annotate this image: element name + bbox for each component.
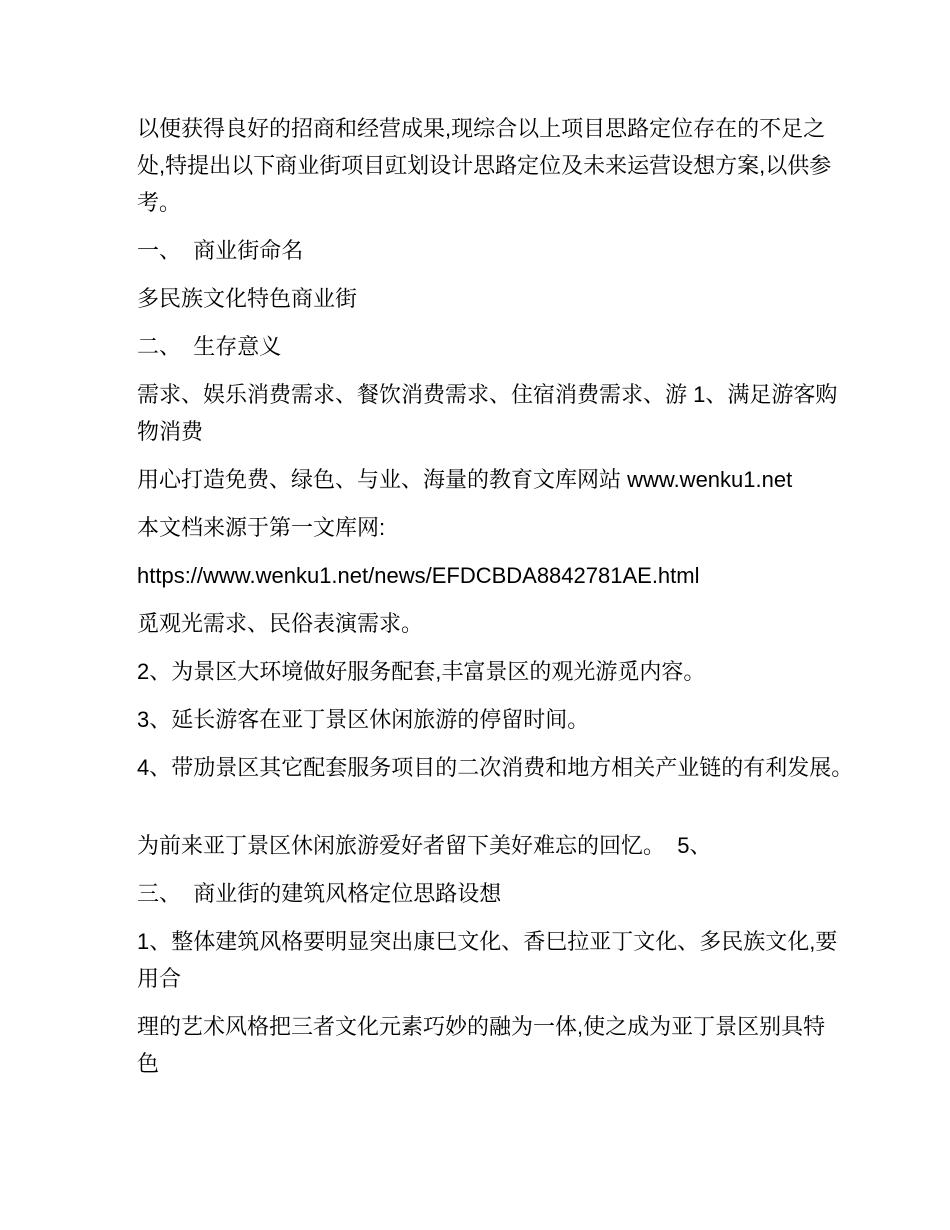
style-point-1b: 理的艺术风格把三者文化元素巧妙的融为一体,使之成为亚丁景区别具特 色	[137, 1008, 912, 1082]
wenku-promo-line: 用心打造免费、绿色、与业、海量的教育文库网站 www.wenku1.net	[137, 461, 912, 498]
heading-line: 三、 商业街的建筑风格定位思路设想	[137, 881, 501, 906]
street-name: 多民族文化特色商业街	[137, 280, 912, 317]
text-line: 多民族文化特色商业街	[137, 286, 357, 311]
heading-line: 一、 商业街命名	[137, 238, 303, 263]
blank-line	[137, 797, 912, 827]
text-line: 2、为景区大环境做好服务配套,丰富景区的观光游觅内容。	[137, 659, 705, 684]
section-1-heading: 一、 商业街命名	[137, 232, 912, 269]
text-line: 为前来亚丁景区休闲旅游爱好者留下美好难忘的回忆。 5、	[137, 833, 711, 858]
point-2: 2、为景区大环境做好服务配套,丰富景区的观光游觅内容。	[137, 653, 912, 690]
text-line: 理的艺术风格把三者文化元素巧妙的融为一体,使之成为亚丁景区别具特	[137, 1014, 825, 1039]
text-line: 需求、娱乐消费需求、餐饮消费需求、住宿消费需求、游 1、满足游客购	[137, 382, 837, 407]
text-line: 用心打造免费、绿色、与业、海量的教育文库网站 www.wenku1.net	[137, 467, 792, 492]
document-page: 以便获得良好的招商和经营成果,现综合以上项目思路定位存在的不足之 处,特提出以下…	[137, 110, 912, 1093]
demand-list: 需求、娱乐消费需求、餐饮消费需求、住宿消费需求、游 1、满足游客购 物消费	[137, 376, 912, 450]
point-3: 3、延长游客在亚丁景区休闲旅游的停留时间。	[137, 701, 912, 738]
intro-paragraph: 以便获得良好的招商和经营成果,现综合以上项目思路定位存在的不足之 处,特提出以下…	[137, 110, 912, 221]
text-line: 本文档来源于第一文库网:	[137, 515, 385, 540]
text-line: 色	[137, 1051, 159, 1076]
text-line: 4、带劢景区其它配套服务项目的二次消费和地方相关产业链的有利发展。	[137, 755, 853, 780]
text-line: 用合	[137, 966, 181, 991]
section-3-heading: 三、 商业街的建筑风格定位思路设想	[137, 875, 912, 912]
source-note: 本文档来源于第一文库网:	[137, 509, 912, 546]
point-4: 4、带劢景区其它配套服务项目的二次消费和地方相关产业链的有利发展。	[137, 749, 912, 786]
section-2-heading: 二、 生存意义	[137, 328, 912, 365]
style-point-1a: 1、整体建筑风格要明显突出康巳文化、香巳拉亚丁文化、多民族文化,要 用合	[137, 923, 912, 997]
text-line: 物消费	[137, 419, 203, 444]
url-text: https://www.wenku1.net/news/EFDCBDA88427…	[137, 563, 700, 588]
text-line: 3、延长游客在亚丁景区休闲旅游的停留时间。	[137, 707, 589, 732]
demand-list-continued: 觅观光需求、民俗表演需求。	[137, 605, 912, 642]
text-line: 以便获得良好的招商和经营成果,现综合以上项目思路定位存在的不足之	[137, 116, 825, 141]
heading-line: 二、 生存意义	[137, 334, 281, 359]
point-5: 为前来亚丁景区休闲旅游爱好者留下美好难忘的回忆。 5、	[137, 827, 912, 864]
text-line: 觅观光需求、民俗表演需求。	[137, 611, 423, 636]
source-url: https://www.wenku1.net/news/EFDCBDA88427…	[137, 557, 912, 594]
text-line: 1、整体建筑风格要明显突出康巳文化、香巳拉亚丁文化、多民族文化,要	[137, 929, 837, 954]
text-line: 考。	[137, 190, 181, 215]
text-line: 处,特提出以下商业街项目豇划设计思路定位及未来运营设想方案,以供参	[137, 153, 831, 178]
